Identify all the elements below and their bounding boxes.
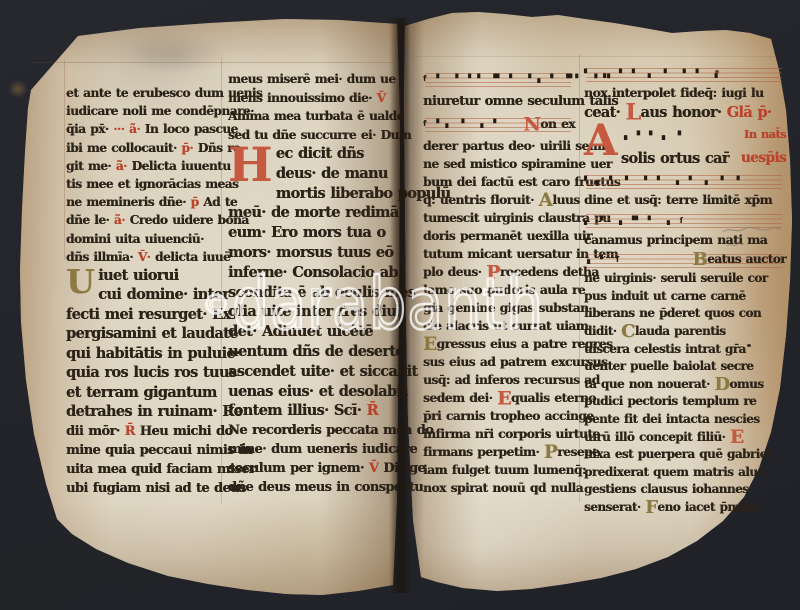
manuscript-text-line: lamo suo pudoris aula re <box>423 281 575 299</box>
manuscript-text-line: iam fulget tuum lumenq̄: <box>423 461 575 479</box>
line-text: inferne· Consolacio ab <box>228 264 398 281</box>
manuscript-text-line: niens innouissimo die· V̄ <box>228 89 394 108</box>
text-column-3: f ▘ ▝ ▘▘ ▀ ▘ ▝▗ ▘ ▀▘ ▝ ▘niuretur omne se… <box>423 66 575 497</box>
line-text: q̄: uentris floruit· Aluus <box>423 192 580 207</box>
neumes: ▗ ▘ ſ <box>584 251 622 269</box>
rubric-text: ã· <box>116 159 127 173</box>
manuscript-text-line: uentum dñs de deserto <box>228 342 394 362</box>
manuscript-text-line: didit· Clauda parentis <box>584 323 786 341</box>
line-text: ubi fugiam nisi ad te deus <box>66 481 246 496</box>
line-text: pergisamini et laudate <box>66 325 238 342</box>
line-text: niens innouissimo die· V̄ <box>228 91 386 105</box>
manuscript-photo: et ante te erubesco dum uenisiudicare no… <box>0 0 800 610</box>
rubric-text: ã· <box>114 213 125 227</box>
music-staff-line: f ▘▖ ▘ ▗ ▘Non ex <box>423 111 575 137</box>
manuscript-text-line: gia gemine gigas substan <box>423 299 575 317</box>
line-text: gia gemine gigas substan <box>423 300 588 315</box>
line-text: Non ex <box>523 115 575 133</box>
neumes: ▘ ▗ ▝ ▘ ▖ ▘ ▝ ▘ ▗ <box>584 65 721 83</box>
manuscript-text-line: derer partus deo· uirili semi <box>423 137 575 155</box>
line-text: predixerat quem matris aluo <box>584 465 765 479</box>
manuscript-text-line: inferne· Consolacio ab <box>228 263 394 283</box>
ruling-line <box>64 60 65 260</box>
neumes: ▘▗ ▘ ▘ ▝ ▘ ▗ ▘ ▖ ▘ ▘ <box>584 172 746 190</box>
manuscript-text-line: eum· Ero mors tua o <box>228 223 394 243</box>
line-text: dñe le· ã· Credo uidere bona <box>66 213 249 227</box>
manuscript-text-line: solis ortus car̄uesp̄is <box>584 147 786 170</box>
manuscript-text-line: Uiuet uiorui <box>66 266 219 286</box>
line-text: iudicare noli me condēpnare· <box>66 104 254 118</box>
line-text: lamo suo pudoris aula re <box>423 282 585 297</box>
line-text: derer partus deo· uirili semi <box>423 138 605 153</box>
line-text: pus induit ut carne carnē <box>584 289 745 303</box>
rubric-text: V̄· <box>138 250 151 264</box>
manuscript-text-line: ne uirginis· seruli seruile cor <box>584 270 786 288</box>
rubric-text: p̄· <box>181 141 193 155</box>
manuscript-text-line: p̄ri carnis tropheo accinge <box>423 407 575 425</box>
line-text: cie alacris ut currat uiam <box>423 318 588 333</box>
illuminated-initial: E <box>497 387 511 409</box>
line-text: infirma nr̄i corporis uirtute <box>423 426 600 441</box>
line-text: uirū illō concepit filiū· E <box>584 430 744 444</box>
line-text: meus miserē mei· dum ue <box>228 72 395 86</box>
manuscript-text-line: uenter puelle baiolat secre <box>584 358 786 376</box>
line-text: usq̄: ad inferos recursus ad <box>423 372 600 387</box>
line-text: A▗ ▘▝ ▖ ▘In nat̄s <box>621 127 687 141</box>
line-text: det· Adiuuet uicētē <box>228 323 373 340</box>
manuscript-text-line: predixerat quem matris aluo <box>584 464 786 482</box>
line-text: git me· ã· Delicta iuuentu <box>66 159 231 173</box>
manuscript-text-line: doris permanēt uexilla uir <box>423 227 575 245</box>
manuscript-text-line: plo deus· Procedens detha <box>423 263 575 281</box>
manuscript-text-line: uirū illō concepit filiū· E <box>584 429 786 447</box>
rubric-text: V̄ <box>377 91 386 105</box>
line-text: firmans perpetim· Presepe <box>423 444 599 459</box>
line-text: dii mōr· R̄ Heu michi do <box>66 424 233 439</box>
text-column-2: meus miserē mei· dum ueniens innouissimo… <box>228 70 394 497</box>
line-text: mine quia peccaui nimis in <box>66 443 252 458</box>
line-text: uiscera celestis intrat gr̄a <box>584 342 746 356</box>
line-text: mine· dum ueneris iudicare <box>228 442 417 457</box>
text-column-4: ▘ ▗ ▝ ▘ ▖ ▘ ▝ ▘ ▗nox interpolet fideq̄: … <box>584 63 786 517</box>
line-text: Hec dicit dñs <box>276 145 364 162</box>
manuscript-text-line: sedem dei· Equalis eterno <box>423 389 575 407</box>
line-text: gestiens clausus iohannes <box>584 482 748 496</box>
book-gutter-shadow <box>390 18 412 593</box>
line-text: ibi me collocauit· p̄· Dñs re <box>66 141 240 155</box>
line-text: sus eius ad patrem excursus <box>423 354 607 369</box>
manuscript-text-line: ne sed mistico spiramine uer <box>423 155 575 173</box>
line-text: fecti mei resurget· Ex <box>66 306 230 323</box>
rubric-text: Glā p̄· <box>727 104 772 121</box>
neumes: ▗ ▘▝ ▖ ▘ <box>621 131 687 140</box>
line-text: uentum dñs de deserto <box>228 343 404 360</box>
ruling-line <box>32 62 394 63</box>
illuminated-initial: D <box>714 374 729 395</box>
music-staff-line: f ▘ ▝ ▘▘ ▀ ▘ ▝▗ ▘ ▀▘ ▝ ▘ <box>423 66 575 92</box>
manuscript-text-line: ubi fugiam nisi ad te deus <box>66 479 219 498</box>
manuscript-text-line: ascendet uite· et siccabit <box>228 362 394 382</box>
line-text: Anima mea turbata ē ualde <box>228 109 404 123</box>
manuscript-text-line: dine et usq̄: terre limitē xp̄m <box>584 191 786 210</box>
line-text: pente fit dei intacta nescies <box>584 412 759 426</box>
manuscript-text-line: quia ros lucis ros tuus· <box>66 363 219 383</box>
line-text: tumescit uirginis claustra pu <box>423 210 611 225</box>
manuscript-text-line: nox spirat nouū qd nulla <box>423 479 575 497</box>
line-text: cui domine· inter <box>98 286 229 303</box>
manuscript-text-line: mine quia peccaui nimis in <box>66 441 219 460</box>
illuminated-initial: N <box>523 113 540 135</box>
line-text: pudici pectoris templum re <box>584 394 756 408</box>
line-text: Uiuet uiorui <box>98 267 178 284</box>
line-text: nox spirat nouū qd nulla <box>423 480 583 495</box>
manuscript-text-line: pergisamini et laudate <box>66 324 219 344</box>
line-text: p̄ri carnis tropheo accinge <box>423 408 594 423</box>
parchment-stain <box>8 80 28 98</box>
manuscript-text-line: mortis liberabo populū <box>228 184 394 204</box>
manuscript-text-line: niuretur omne seculum talis <box>423 92 575 111</box>
music-staff-line: ▘ ▗ ▝ ▘ ▖ ▘ ▝ ▘ ▗ <box>584 63 786 84</box>
manuscript-text-line: git me· ã· Delicta iuuentu <box>66 157 219 175</box>
manuscript-text-line: cie alacris ut currat uiam <box>423 317 575 335</box>
manuscript-text-line: glia uite inter fres diuī <box>228 302 394 322</box>
manuscript-text-line: mine· dum ueneris iudicare <box>228 440 394 459</box>
manuscript-text-line: qui habitātis in puluie· <box>66 344 219 364</box>
manuscript-text-line: seculum per ignem· V̄ Dirige <box>228 459 394 478</box>
manuscript-text-line: pudici pectoris templum re <box>584 393 786 411</box>
line-text: domini uita uiuenciū· <box>66 232 204 246</box>
manuscript-text-line: dñe le· ã· Credo uidere bona <box>66 211 219 229</box>
manuscript-text-line: q̄ia px̄· ··· ã· In loco pascue <box>66 120 219 138</box>
illuminated-initial: P <box>486 261 500 283</box>
line-text: ne memineris dñe· p̄ Ad te <box>66 195 237 209</box>
manuscript-text-line: iudicare noli me condēpnare· <box>66 102 219 120</box>
manuscript-text-line: Hec dicit dñs <box>228 144 394 164</box>
manuscript-text-line: detrahes in ruinam· Re <box>66 402 219 422</box>
line-text: iam fulget tuum lumenq̄: <box>423 462 586 477</box>
rubric-text: V̄ <box>369 461 379 476</box>
manuscript-text-line: ibi me collocauit· p̄· Dñs re <box>66 139 219 157</box>
manuscript-text-line: uiscera celestis intrat gr̄a <box>584 341 786 359</box>
manuscript-text-line: Anima mea turbata ē ualde <box>228 107 394 126</box>
manuscript-text-line: firmans perpetim· Presepe <box>423 443 575 461</box>
manuscript-text-line: domini uita uiuenciū· <box>66 230 219 248</box>
line-text: nixa est puerpera quē gabriel <box>584 447 771 461</box>
manuscript-text-line: pus induit ut carne carnē <box>584 288 786 306</box>
line-text: glia uite inter fres diuī <box>228 303 401 320</box>
neumes: f ▘▖ ▘ ▗ ▘ <box>423 115 502 133</box>
pencil-note <box>720 222 782 258</box>
illuminated-initial: F <box>645 497 657 518</box>
line-text: fontem illius· Scī· R̄ <box>228 402 378 419</box>
manuscript-text-line: uita mea quid faciam miser <box>66 460 219 479</box>
manuscript-text-line: fecti mei resurget· Ex <box>66 305 219 325</box>
illuminated-initial: E <box>730 427 744 448</box>
line-text: solis ortus car̄uesp̄is <box>621 150 729 167</box>
manuscript-text-line: cui domine· inter <box>66 285 219 305</box>
ruling-line <box>410 56 778 57</box>
neumes: ▖ ▘ ▗ ▀ ▘ ▗ ſ <box>584 212 686 230</box>
manuscript-text-line: tumescit uirginis claustra pu <box>423 209 575 227</box>
manuscript-text-line: Egressus eius a patre regres <box>423 335 575 353</box>
illuminated-initial: C <box>621 321 635 342</box>
line-text: ascendet uite· et siccabit <box>228 363 417 380</box>
manuscript-text-line: scondita ē ab oculis mes <box>228 283 394 303</box>
line-text: eum· Ero mors tua o <box>228 224 385 241</box>
line-text: deus· de manu <box>276 165 388 182</box>
text-column-1: et ante te erubesco dum uenisiudicare no… <box>66 84 219 498</box>
illuminated-initial: B <box>693 249 708 270</box>
manuscript-text-line: dñe deus meus in conspectu <box>228 478 394 497</box>
line-text: uenter puelle baiolat secre <box>584 359 753 373</box>
line-text: senserat· Feno iacet p̄milet <box>584 500 760 514</box>
manuscript-text-line: liberans ne p̄deret quos con <box>584 305 786 323</box>
line-text: plo deus· Procedens detha <box>423 264 599 279</box>
rubric-text: p̄ <box>191 195 199 209</box>
illuminated-initial: L <box>625 99 640 125</box>
manuscript-text-line: dii mōr· R̄ Heu michi do <box>66 422 219 441</box>
manuscript-text-line: A▗ ▘▝ ▖ ▘In nat̄s <box>584 122 786 147</box>
line-text: et terram gigantum <box>66 384 217 401</box>
manuscript-text-line: et terram gigantum <box>66 383 219 403</box>
line-text: scondita ē ab oculis mes <box>228 284 415 301</box>
line-text: quia ros lucis ros tuus· <box>66 364 241 381</box>
line-text: didit· Clauda parentis <box>584 324 725 338</box>
manuscript-text-line: bum dei factū est caro fructus <box>423 173 575 191</box>
music-staff-line: ▘▗ ▘ ▘ ▝ ▘ ▗ ▘ ▖ ▘ ▘ <box>584 170 786 191</box>
line-text: uenas eius· et desolabit <box>228 383 407 400</box>
rubric-text: ã· <box>129 122 140 136</box>
rubric-text: R̄ <box>125 424 135 439</box>
manuscript-text-line: tis mee et ignorācias meas <box>66 175 219 193</box>
rubric-text: R̄ <box>366 402 377 419</box>
manuscript-text-line: nixa est puerpera quē gabriel <box>584 446 786 464</box>
line-text: q̄ia px̄· ··· ã· In loco pascue <box>66 122 238 136</box>
manuscript-text-line: sus eius ad patrem excursus <box>423 353 575 371</box>
line-text: tis mee et ignorācias meas <box>66 177 238 191</box>
rubric-text: ··· <box>113 122 124 136</box>
line-text: liberans ne p̄deret quos con <box>584 306 761 320</box>
line-text: uita mea quid faciam miser <box>66 462 255 477</box>
manuscript-text-line: q̄: uentris floruit· Aluus <box>423 191 575 209</box>
rubric-text: uesp̄is <box>741 147 786 170</box>
rubric-text: In nat̄s <box>744 122 786 147</box>
manuscript-text-line: mors· morsus tuus eō <box>228 243 394 263</box>
manuscript-text-line: meū· de morte redimā <box>228 203 394 223</box>
manuscript-text-line: gestiens clausus iohannes <box>584 481 786 499</box>
manuscript-text-line: ta que non nouerat· Domus <box>584 376 786 394</box>
manuscript-text-line: et ante te erubesco dum uenis <box>66 84 219 102</box>
line-text: dine et usq̄: terre limitē xp̄m <box>584 192 772 207</box>
line-text: meū· de morte redimā <box>228 204 398 221</box>
manuscript-text-line: Ne recorderis peccata mea do <box>228 421 394 440</box>
line-text: detrahes in ruinam· Re <box>66 403 242 420</box>
line-text: qui habitātis in puluie· <box>66 345 239 362</box>
manuscript-text-line: det· Adiuuet uicētē <box>228 322 394 342</box>
manuscript-text-line: uenas eius· et desolabit <box>228 382 394 402</box>
manuscript-text-line: meus miserē mei· dum ue <box>228 70 394 89</box>
manuscript-text-line: fontem illius· Scī· R̄ <box>228 401 394 421</box>
manuscript-text-line: ne memineris dñe· p̄ Ad te <box>66 193 219 211</box>
manuscript-text-line: infirma nr̄i corporis uirtute <box>423 425 575 443</box>
line-text: ne uirginis· seruli seruile cor <box>584 271 767 285</box>
manuscript-text-line: senserat· Feno iacet p̄milet <box>584 499 786 517</box>
line-text: mors· morsus tuus eō <box>228 244 393 261</box>
line-text: ta que non nouerat· Domus <box>584 377 763 391</box>
line-text: sedem dei· Equalis eterno <box>423 390 596 405</box>
line-text: doris permanēt uexilla uir <box>423 228 592 243</box>
manuscript-text-line: deus· de manu <box>228 164 394 184</box>
manuscript-text-line: pente fit dei intacta nescies <box>584 411 786 429</box>
